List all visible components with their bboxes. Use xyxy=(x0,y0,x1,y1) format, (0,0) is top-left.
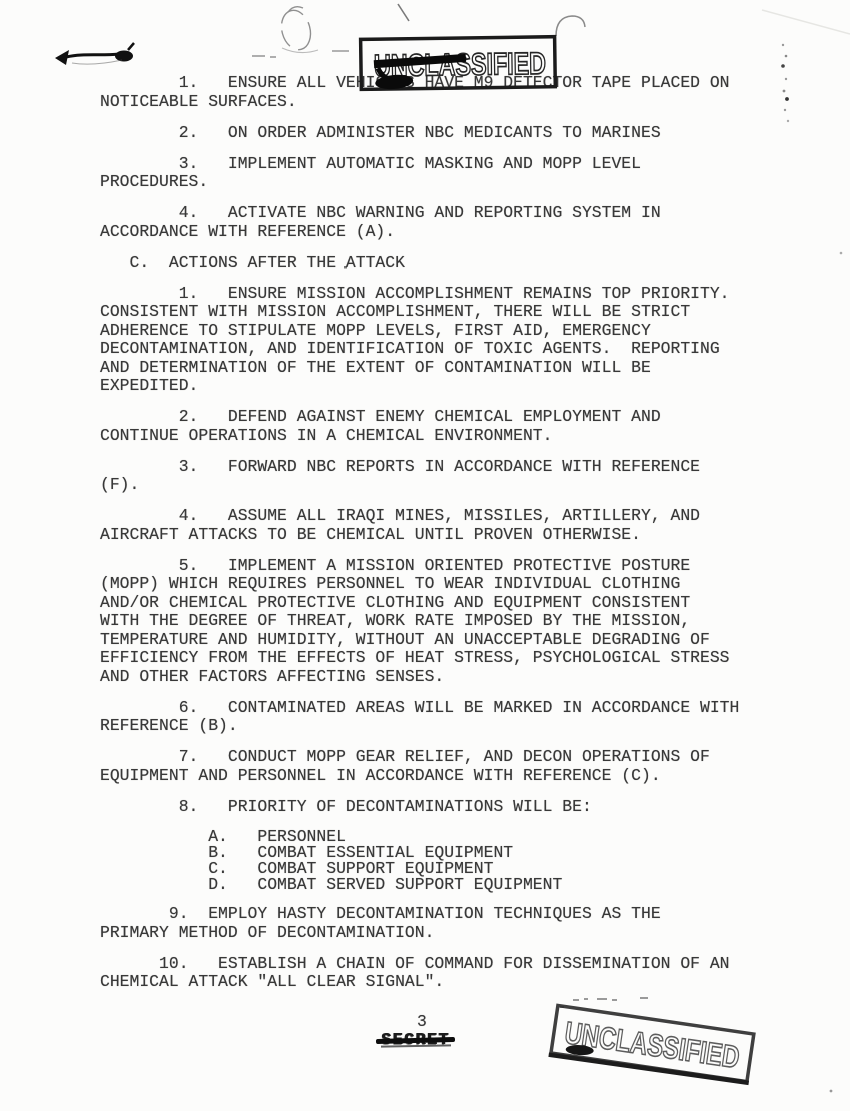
text-line: 10. ESTABLISH A CHAIN OF COMMAND FOR DIS… xyxy=(100,955,739,974)
scan-streak xyxy=(762,10,850,34)
text-line: CONTINUE OPERATIONS IN A CHEMICAL ENVIRO… xyxy=(100,427,739,446)
text-line: AIRCRAFT ATTACKS TO BE CHEMICAL UNTIL PR… xyxy=(100,526,739,545)
paragraph: 9. EMPLOY HASTY DECONTAMINATION TECHNIQU… xyxy=(100,905,739,942)
paragraph: 4. ASSUME ALL IRAQI MINES, MISSILES, ART… xyxy=(100,507,739,544)
paragraph: 2. DEFEND AGAINST ENEMY CHEMICAL EMPLOYM… xyxy=(100,408,739,445)
paragraph: 7. CONDUCT MOPP GEAR RELIEF, AND DECON O… xyxy=(100,748,739,785)
pen-diagonal-mark xyxy=(398,4,409,21)
text-line: CHEMICAL ATTACK "ALL CLEAR SIGNAL". xyxy=(100,973,739,992)
text-line: 3. IMPLEMENT AUTOMATIC MASKING AND MOPP … xyxy=(100,155,739,174)
text-line: EFFICIENCY FROM THE EFFECTS OF HEAT STRE… xyxy=(100,649,739,668)
text-line: PROCEDURES. xyxy=(100,173,739,192)
text-line: AND DETERMINATION OF THE EXTENT OF CONTA… xyxy=(100,359,739,378)
paragraph: 5. IMPLEMENT A MISSION ORIENTED PROTECTI… xyxy=(100,557,739,687)
paragraph: 8. PRIORITY OF DECONTAMINATIONS WILL BE: xyxy=(100,798,739,817)
text-line: PRIMARY METHOD OF DECONTAMINATION. xyxy=(100,924,739,943)
text-line: REFERENCE (B). xyxy=(100,717,739,736)
text-line: 2. DEFEND AGAINST ENEMY CHEMICAL EMPLOYM… xyxy=(100,408,739,427)
text-line: EQUIPMENT AND PERSONNEL IN ACCORDANCE WI… xyxy=(100,767,739,786)
document-body: 1. ENSURE ALL VEHICLES HAVE M9 DETECTOR … xyxy=(100,74,739,1004)
text-line: AND OTHER FACTORS AFFECTING SENSES. xyxy=(100,668,739,687)
text-line: ACCORDANCE WITH REFERENCE (A). xyxy=(100,223,739,242)
pen-circle-mark-left xyxy=(277,7,318,53)
text-line: CONSISTENT WITH MISSION ACCOMPLISHMENT, … xyxy=(100,303,739,322)
text-line: 2. ON ORDER ADMINISTER NBC MEDICANTS TO … xyxy=(100,124,739,143)
faint-dashes xyxy=(252,51,349,57)
paragraph: C. ACTIONS AFTER THE ATTACK xyxy=(100,254,739,273)
paragraph: 4. ACTIVATE NBC WARNING AND REPORTING SY… xyxy=(100,204,739,241)
text-line: 6. CONTAMINATED AREAS WILL BE MARKED IN … xyxy=(100,699,739,718)
paragraph: 3. IMPLEMENT AUTOMATIC MASKING AND MOPP … xyxy=(100,155,739,192)
paragraph: 2. ON ORDER ADMINISTER NBC MEDICANTS TO … xyxy=(100,124,739,143)
text-line: DECONTAMINATION, AND IDENTIFICATION OF T… xyxy=(100,340,739,359)
paragraph: 1. ENSURE MISSION ACCOMPLISHMENT REMAINS… xyxy=(100,285,739,396)
paragraph: 3. FORWARD NBC REPORTS IN ACCORDANCE WIT… xyxy=(100,458,739,495)
text-line: ADHERENCE TO STIPULATE MOPP LEVELS, FIRS… xyxy=(100,322,739,341)
text-line: EXPEDITED. xyxy=(100,377,739,396)
text-line: C. ACTIONS AFTER THE ATTACK xyxy=(100,254,739,273)
scanned-document-page: 1. ENSURE ALL VEHICLES HAVE M9 DETECTOR … xyxy=(0,0,850,1111)
unclassified-stamp-bottom: UNCLASSIFIED xyxy=(540,998,769,1104)
right-margin-specks xyxy=(781,44,842,1093)
text-line: (MOPP) WHICH REQUIRES PERSONNEL TO WEAR … xyxy=(100,575,739,594)
text-line: 7. CONDUCT MOPP GEAR RELIEF, AND DECON O… xyxy=(100,748,739,767)
text-line: 3. FORWARD NBC REPORTS IN ACCORDANCE WIT… xyxy=(100,458,739,477)
text-line: D. COMBAT SERVED SUPPORT EQUIPMENT xyxy=(100,877,739,893)
sub-list: A. PERSONNEL B. COMBAT ESSENTIAL EQUIPME… xyxy=(100,829,739,893)
paragraph: 6. CONTAMINATED AREAS WILL BE MARKED IN … xyxy=(100,699,739,736)
text-line: WITH THE DEGREE OF THREAT, WORK RATE IMP… xyxy=(100,612,739,631)
pen-arrow-mark xyxy=(55,43,134,65)
text-line: 5. IMPLEMENT A MISSION ORIENTED PROTECTI… xyxy=(100,557,739,576)
page-number: 3 xyxy=(417,1012,427,1031)
text-line: 8. PRIORITY OF DECONTAMINATIONS WILL BE: xyxy=(100,798,739,817)
paragraph: 10. ESTABLISH A CHAIN OF COMMAND FOR DIS… xyxy=(100,955,739,992)
text-line: TEMPERATURE AND HUMIDITY, WITHOUT AN UNA… xyxy=(100,631,739,650)
unclassified-stamp-top: UNCLASSIFIED xyxy=(348,31,574,100)
text-line: 4. ACTIVATE NBC WARNING AND REPORTING SY… xyxy=(100,204,739,223)
text-line: 4. ASSUME ALL IRAQI MINES, MISSILES, ART… xyxy=(100,507,739,526)
text-line: AND/OR CHEMICAL PROTECTIVE CLOTHING AND … xyxy=(100,594,739,613)
text-line: 1. ENSURE MISSION ACCOMPLISHMENT REMAINS… xyxy=(100,285,739,304)
text-line: 9. EMPLOY HASTY DECONTAMINATION TECHNIQU… xyxy=(100,905,739,924)
text-line: (F). xyxy=(100,476,739,495)
